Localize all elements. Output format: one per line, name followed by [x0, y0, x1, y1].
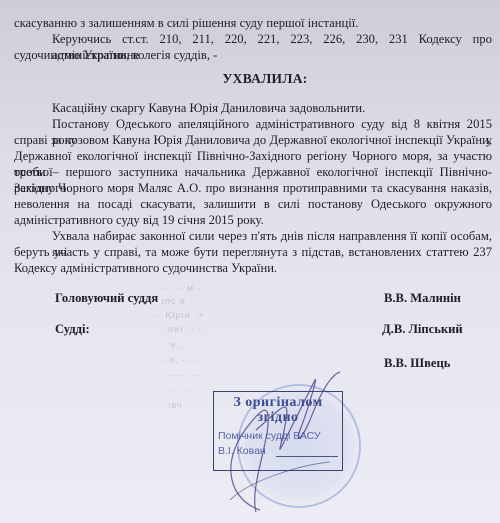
bleed-through-text: ıвч · [168, 400, 190, 410]
ruling-line: Касаційну скаргу Кавуна Юрія Даниловича … [14, 100, 492, 116]
text-line: судочинство України, колегія суддів, - [14, 47, 492, 63]
presiding-judge-name: В.В. Малинін [384, 291, 461, 306]
ruling-line: неволення на посаді скасувати, залишити … [14, 196, 492, 212]
judge-name: Д.В. Ліпський [382, 322, 463, 337]
text-line: скасуванню з залишенням в силі рішення с… [14, 15, 492, 31]
ruling-line: адміністративного суду від 19 січня 2015… [14, 212, 492, 228]
bleed-through-text: ч.. · [170, 340, 190, 350]
ruling-line: Кодексу адміністративного судочинства Ук… [14, 260, 492, 276]
judges-label: Судді: [55, 322, 90, 337]
bleed-through-text: ··· ·· м · [160, 283, 202, 293]
judge-name: В.В. Швець [384, 356, 450, 371]
ruling-line: справі за позовом Кавуна Юрія Даниловича… [14, 132, 492, 148]
bleed-through-text: ·п: ·· · [165, 355, 197, 365]
bleed-through-text: ·· ıпс и · [150, 296, 193, 306]
ruling-line: регіону Чорного моря Маляс А.О. про визн… [14, 180, 492, 196]
ruling-line: беруть участь у справі, та може бути пер… [14, 244, 492, 260]
presiding-judge-label: Головуючий суддя [55, 291, 158, 306]
bleed-through-text: ··· Юрія ·> [150, 310, 204, 320]
handwritten-signature-icon [190, 370, 350, 520]
decision-heading: УХВАЛИЛА: [0, 71, 500, 87]
scanned-document-page: скасуванню з залишенням в силі рішення с… [0, 0, 500, 523]
bleed-through-text: ·ниї ·· · [164, 324, 203, 334]
